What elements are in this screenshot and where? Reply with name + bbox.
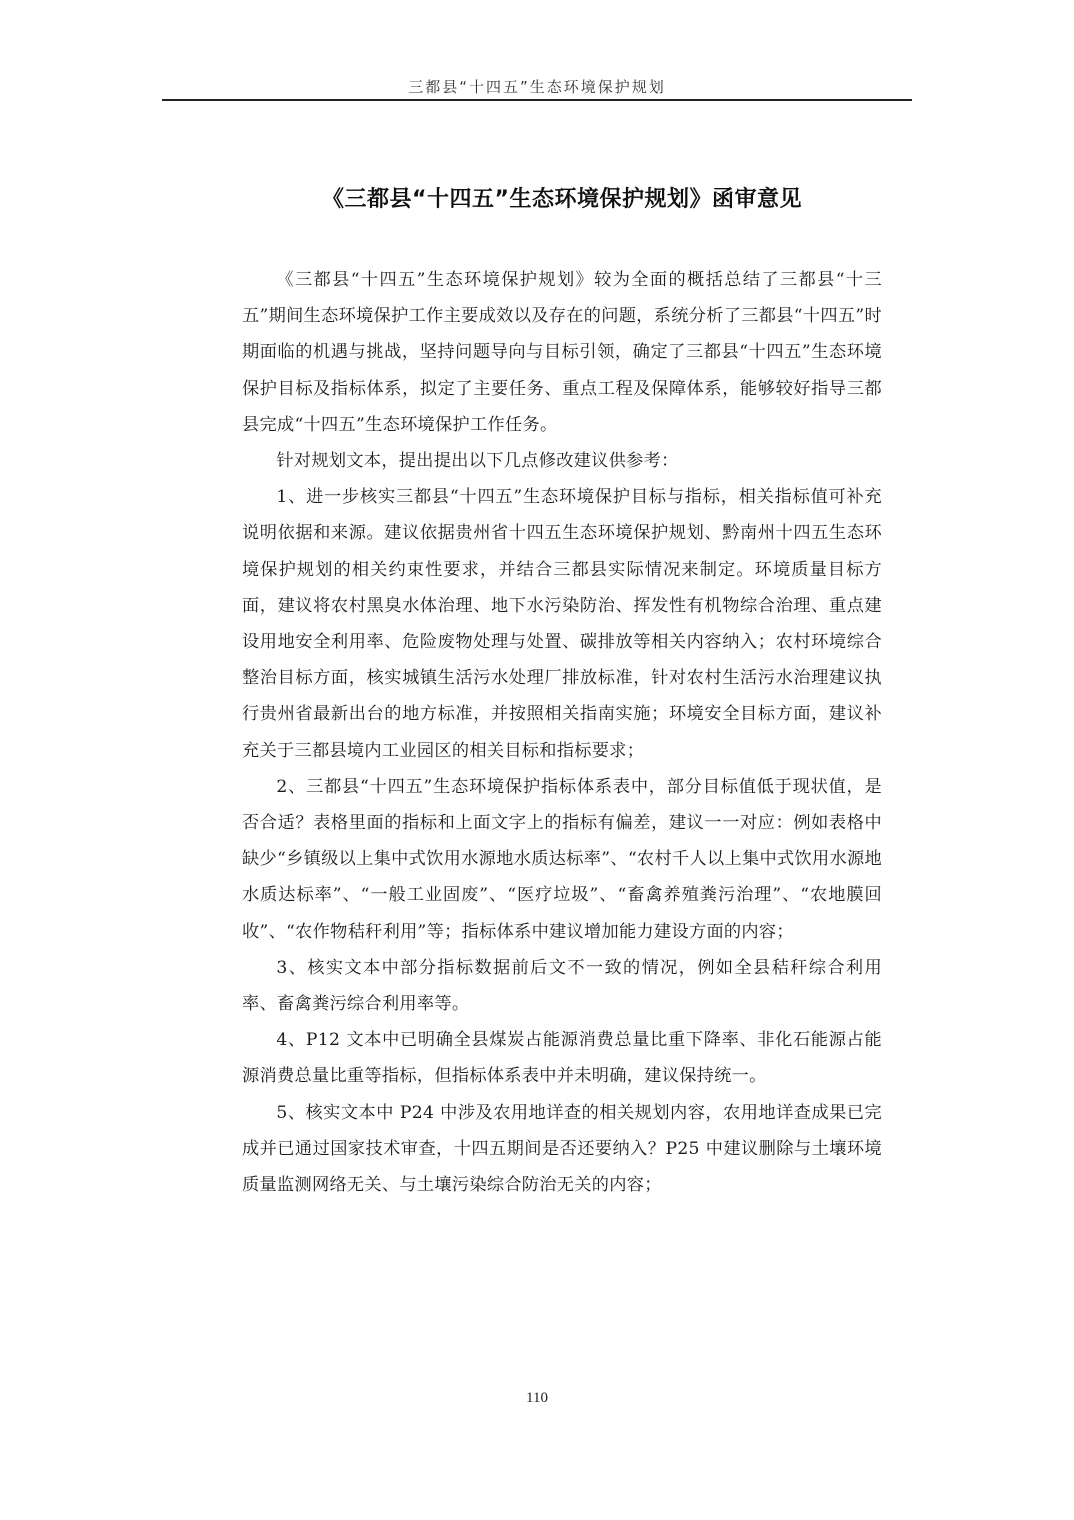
paragraph-intro: 针对规划文本，提出提出以下几点修改建议供参考： bbox=[242, 443, 882, 479]
paragraph-item-1: 1、进一步核实三都县“十四五”生态环境保护目标与指标，相关指标值可补充说明依据和… bbox=[242, 479, 882, 769]
document-title: 《三都县“十四五”生态环境保护规划》函审意见 bbox=[240, 182, 884, 213]
page-number: 110 bbox=[0, 1390, 1074, 1407]
paragraph-item-5: 5、核实文本中 P24 中涉及农用地详查的相关规划内容，农用地详查成果已完成并已… bbox=[242, 1095, 882, 1204]
running-header: 三都县“十四五”生态环境保护规划 bbox=[162, 76, 912, 97]
paragraph-summary: 《三都县“十四五”生态环境保护规划》较为全面的概括总结了三都县“十三五”期间生态… bbox=[242, 262, 882, 443]
document-body: 《三都县“十四五”生态环境保护规划》较为全面的概括总结了三都县“十三五”期间生态… bbox=[242, 262, 882, 1203]
paragraph-item-2: 2、三都县“十四五”生态环境保护指标体系表中，部分目标值低于现状值，是否合适？表… bbox=[242, 769, 882, 950]
header-divider bbox=[162, 99, 912, 101]
paragraph-item-3: 3、核实文本中部分指标数据前后文不一致的情况，例如全县秸秆综合利用率、畜禽粪污综… bbox=[242, 950, 882, 1022]
paragraph-item-4: 4、P12 文本中已明确全县煤炭占能源消费总量比重下降率、非化石能源占能源消费总… bbox=[242, 1022, 882, 1094]
